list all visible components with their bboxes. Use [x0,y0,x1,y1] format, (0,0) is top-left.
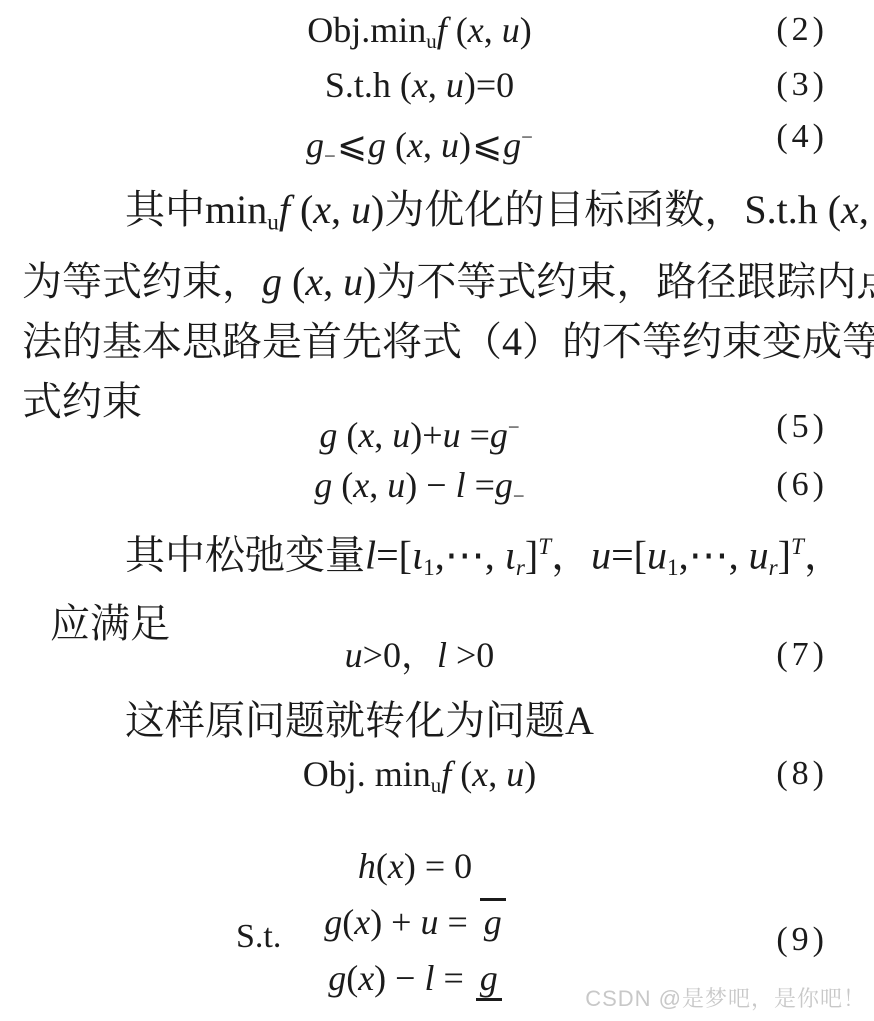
equation-4-row: g−⩽g (x, u)⩽g− (4) [0,108,874,166]
equation-9-st-label: S.t. [236,918,281,956]
paragraph-3-line-1: 这样原问题就转化为问题A [22,696,874,746]
paragraph-1-line-2: 为等式约束，g (x, u)为不等式约束，路径跟踪内点 [22,252,874,312]
equation-7-number: (7) [776,632,828,678]
paragraph-3: 这样原问题就转化为问题A [22,696,874,746]
equation-5-number: (5) [776,402,828,452]
paragraph-1-line-1: 其中minuf (x, u)为优化的目标函数，S.t.h (x, u) [22,180,874,252]
equation-3-number: (3) [776,62,828,108]
equation-8-formula: Obj. minuf (x, u) [30,748,809,800]
equation-4-number: (4) [776,108,828,166]
equation-7-row: u>0，l >0 (7) [0,632,874,678]
equation-6-row: g (x, u) − l =g− (6) [0,458,874,512]
equation-3-row: S.t.h (x, u)=0 (3) [0,62,874,108]
equation-9-line-1: h(x) = 0 [290,838,540,894]
equation-6-number: (6) [776,458,828,512]
equation-2-row: Obj.minuf (x, u) (2) [0,4,874,56]
equation-2-formula: Obj.minuf (x, u) [30,4,809,56]
equation-5-row: g (x, u)+u =g− (5) [0,402,874,452]
equation-8-number: (8) [776,748,828,800]
equation-9-system: h(x) = 0 g(x) + u = g g(x) − l = g [290,838,540,1006]
equation-9-line-3: g(x) − l = g [290,950,540,1006]
paragraph-1-line-3: 法的基本思路是首先将式（4）的不等约束变成等 [22,312,874,372]
paragraph-1: 其中minuf (x, u)为优化的目标函数，S.t.h (x, u) 为等式约… [22,180,874,432]
equation-3-formula: S.t.h (x, u)=0 [30,62,809,108]
equation-4-formula: g−⩽g (x, u)⩽g− [30,108,809,166]
equation-6-formula: g (x, u) − l =g− [30,458,809,512]
equation-9-number: (9) [776,922,828,958]
equation-7-formula: u>0，l >0 [30,632,809,678]
equation-2-number: (2) [776,4,828,56]
equation-5-formula: g (x, u)+u =g− [30,402,809,452]
equation-9-line-2: g(x) + u = g [290,894,540,950]
document-page: Obj.minuf (x, u) (2) S.t.h (x, u)=0 (3) … [0,0,874,1021]
watermark: CSDN @是梦吧，是你吧！ [585,982,866,1013]
paragraph-2-line-1: 其中松弛变量l=[ι1,⋯, ιr]T，u=[u1,⋯, ur]T， [22,520,874,596]
equation-8-row: Obj. minuf (x, u) (8) [0,748,874,800]
